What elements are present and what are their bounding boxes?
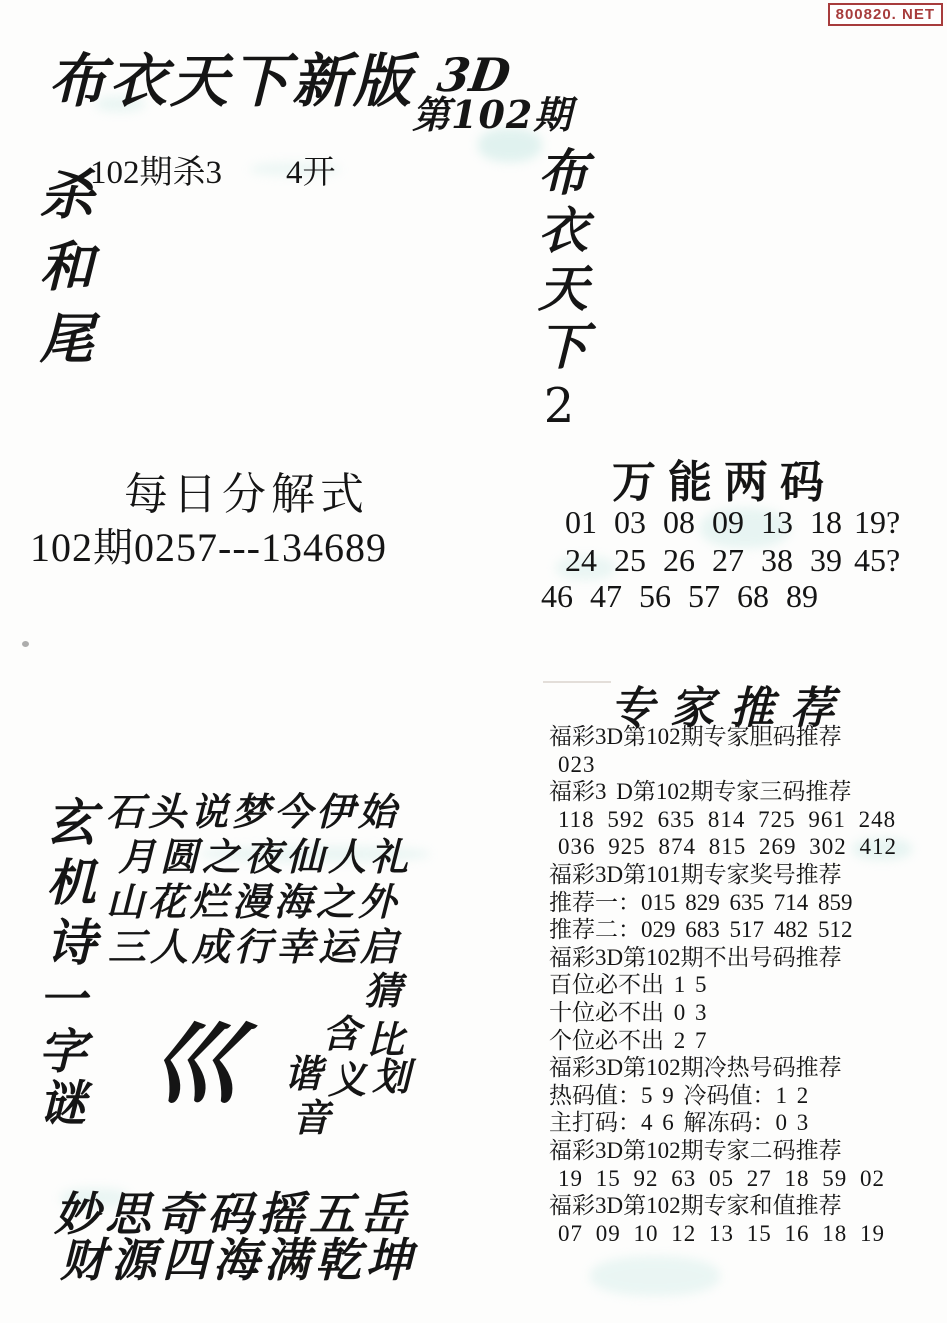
expert-line: 十位必不出 0 3: [549, 999, 947, 1027]
main-title: 布衣天下新版: [48, 34, 414, 118]
riddle-hint: 划: [372, 1058, 410, 1096]
expert-line: 百位必不出 1 5: [549, 971, 947, 999]
lottery-sheet: 800820. NET 布衣天下新版 3D 第102期 102期杀3 4开 杀和…: [0, 0, 947, 1323]
riddle-hint: 义: [328, 1061, 366, 1099]
expert-line: 推荐一：015 829 635 714 859: [549, 889, 947, 917]
expert-line: 福彩3D第101期专家奖号推荐: [549, 861, 947, 889]
decompose-title: 每日分解式: [124, 458, 369, 522]
utc-cell: 13: [756, 504, 798, 541]
utc-cell: 56: [634, 578, 676, 615]
utc-cell: 24: [560, 542, 602, 579]
kill-left: 102期杀3: [90, 146, 222, 193]
expert-line: 主打码：4 6 解冻码：0 3: [549, 1109, 947, 1137]
paper-speck: [22, 641, 29, 647]
utc-cell: 26: [658, 542, 700, 579]
utc-cell: 45?: [854, 542, 900, 579]
issue-label: 第102期: [412, 84, 572, 139]
kill-line: 102期杀3 4开: [90, 146, 336, 193]
expert-line: 07 09 10 12 13 15 16 18 19: [549, 1220, 947, 1248]
utc-row: 46 47 56 57 68 89: [536, 578, 823, 615]
utc-cell: 18: [805, 504, 847, 541]
utc-row: 01 03 08 09 13 18 19?: [560, 504, 900, 541]
expert-line: 热码值：5 9 冷码值：1 2: [549, 1082, 947, 1110]
site-watermark: 800820. NET: [828, 3, 943, 26]
brand-vertical: 布衣天下2: [534, 146, 584, 442]
expert-line: 福彩3D第102期不出号码推荐: [549, 944, 947, 972]
decompose-formula: 102期0257---134689: [30, 516, 387, 573]
riddle-vertical-label: 一字谜: [34, 974, 82, 1130]
utc-cell: 68: [732, 578, 774, 615]
utc-cell: 39: [805, 542, 847, 579]
utc-cell: 03: [609, 504, 651, 541]
expert-line: 福彩3 D第102期专家三码推荐: [549, 778, 947, 806]
expert-line: 福彩3D第102期专家二码推荐: [549, 1137, 947, 1165]
utc-cell: 25: [609, 542, 651, 579]
expert-line: 福彩3D第102期专家和值推荐: [549, 1192, 947, 1220]
utc-cell: 19?: [854, 504, 900, 541]
utc-cell: 09: [707, 504, 749, 541]
expert-lines: 福彩3D第102期专家胆码推荐 023 福彩3 D第102期专家三码推荐 118…: [549, 723, 947, 1247]
utc-cell: 46: [536, 578, 578, 615]
universal-two-codes-title: 万能两码: [612, 446, 836, 510]
expert-line: 023: [549, 751, 947, 779]
divider-line: [543, 681, 611, 683]
utc-cell: 89: [781, 578, 823, 615]
brand-name: 布衣天下: [530, 146, 589, 378]
couplet-line-2: 财源四海满乾坤: [60, 1224, 417, 1290]
utc-cell: 47: [585, 578, 627, 615]
riddle-hint: 猜: [364, 972, 402, 1010]
poem-vertical-label: 玄机诗: [42, 796, 92, 976]
riddle-hint: 含: [322, 1015, 360, 1053]
utc-cell: 38: [756, 542, 798, 579]
expert-line: 118 592 635 814 725 961 248: [549, 806, 947, 834]
utc-cell: 27: [707, 542, 749, 579]
expert-line: 福彩3D第102期冷热号码推荐: [549, 1054, 947, 1082]
riddle-hint: 谐: [284, 1055, 322, 1093]
expert-line: 个位必不出 2 7: [549, 1027, 947, 1055]
riddle-glyph: 巛: [141, 1018, 245, 1112]
utc-row: 24 25 26 27 38 39 45?: [560, 542, 900, 579]
utc-cell: 01: [560, 504, 602, 541]
poem-line: 三人成行幸运启: [108, 916, 402, 971]
expert-line: 推荐二：029 683 517 482 512: [549, 916, 947, 944]
kill-right: 4开: [286, 146, 336, 193]
watermark-blob: [590, 1256, 720, 1296]
expert-line: 福彩3D第102期专家胆码推荐: [549, 723, 947, 751]
expert-line: 19 15 92 63 05 27 18 59 02: [549, 1165, 947, 1193]
utc-cell: 08: [658, 504, 700, 541]
brand-page-number: 2: [531, 378, 587, 442]
utc-cell: 57: [683, 578, 725, 615]
kill-vertical-label: 杀和尾: [36, 166, 90, 382]
expert-line: 036 925 874 815 269 302 412: [549, 833, 947, 861]
riddle-hint: 音: [292, 1099, 330, 1137]
